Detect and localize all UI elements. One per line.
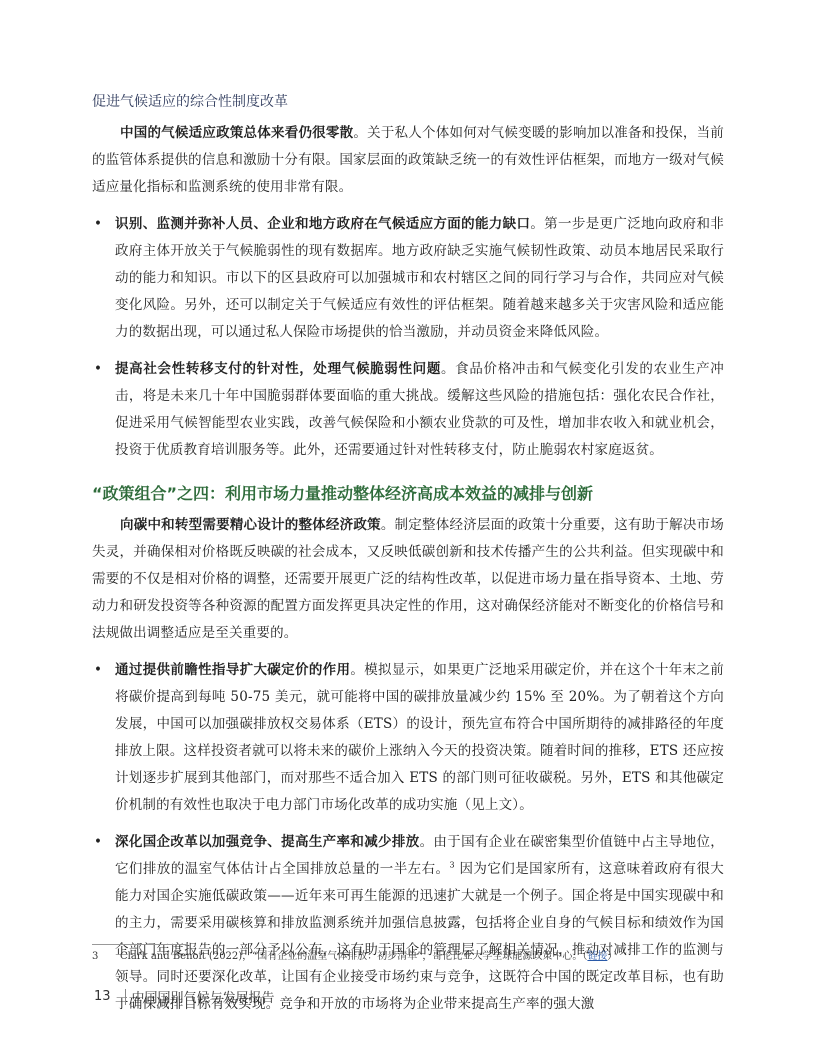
list-item: • 提高社会性转移支付的针对性，处理气候脆弱性问题。食品价格冲击和气候变化引发的… — [92, 356, 724, 464]
footnote-number: 3 — [92, 950, 120, 964]
bullet-lead: 提高社会性转移支付的针对性，处理气候脆弱性问题 — [115, 361, 441, 377]
footnote-close: ） — [607, 951, 617, 962]
footnote: 3Clark and Benoit (2022)，“国有企业的温室气体排放：初步… — [92, 950, 732, 964]
footnote-text: Clark and Benoit (2022)，“国有企业的温室气体排放：初步清… — [120, 951, 587, 962]
page-footer: 13 中国国别气候与发展报告 — [94, 987, 275, 1006]
footer-divider — [125, 989, 126, 1005]
bullet-icon: • — [94, 211, 102, 238]
section-intro-paragraph: 向碳中和转型需要精心设计的整体经济政策。制定整体经济层面的政策十分重要，这有助于… — [92, 512, 724, 647]
section-intro-lead: 向碳中和转型需要精心设计的整体经济政策 — [120, 517, 381, 533]
intro-lead: 中国的气候适应政策总体来看仍很零散 — [120, 125, 353, 141]
section-intro-text: 。制定整体经济层面的政策十分重要，这有助于解决市场失灵，并确保相对价格既反映碳的… — [92, 517, 724, 641]
subsection-title: 促进气候适应的综合性制度改革 — [92, 92, 724, 112]
page-number: 13 — [94, 989, 111, 1004]
section-title: “政策组合”之四：利用市场力量推动整体经济高成本效益的减排与创新 — [92, 482, 724, 506]
bullet-text: 。第一步是更广泛地向政府和非政府主体开放关于气候脆弱性的现有数据库。地方政府缺乏… — [115, 216, 724, 340]
list-item: • 识别、监测并弥补人员、企业和地方政府在气候适应方面的能力缺口。第一步是更广泛… — [92, 211, 724, 346]
footnote-divider — [92, 944, 188, 945]
bullet-lead: 识别、监测并弥补人员、企业和地方政府在气候适应方面的能力缺口 — [115, 216, 530, 232]
footnote-link[interactable]: 链接 — [587, 951, 607, 962]
bullet-list-adaptation: • 识别、监测并弥补人员、企业和地方政府在气候适应方面的能力缺口。第一步是更广泛… — [92, 211, 724, 464]
page-body: 促进气候适应的综合性制度改革 中国的气候适应政策总体来看仍很零散。关于私人个体如… — [92, 92, 724, 1028]
bullet-icon: • — [94, 829, 102, 856]
intro-paragraph: 中国的气候适应政策总体来看仍很零散。关于私人个体如何对气候变暖的影响加以准备和投… — [92, 120, 724, 201]
bullet-text: 。模拟显示，如果更广泛地采用碳定价，并在这个十年末之前将碳价提高到每吨 50-7… — [115, 662, 724, 813]
bullet-lead: 深化国企改革以加强竞争、提高生产率和减少排放 — [115, 834, 420, 850]
report-title: 中国国别气候与发展报告 — [132, 987, 275, 1006]
bullet-icon: • — [94, 356, 102, 383]
bullet-lead: 通过提供前瞻性指导扩大碳定价的作用 — [115, 662, 350, 678]
list-item: • 通过提供前瞻性指导扩大碳定价的作用。模拟显示，如果更广泛地采用碳定价，并在这… — [92, 657, 724, 819]
bullet-icon: • — [94, 657, 102, 684]
